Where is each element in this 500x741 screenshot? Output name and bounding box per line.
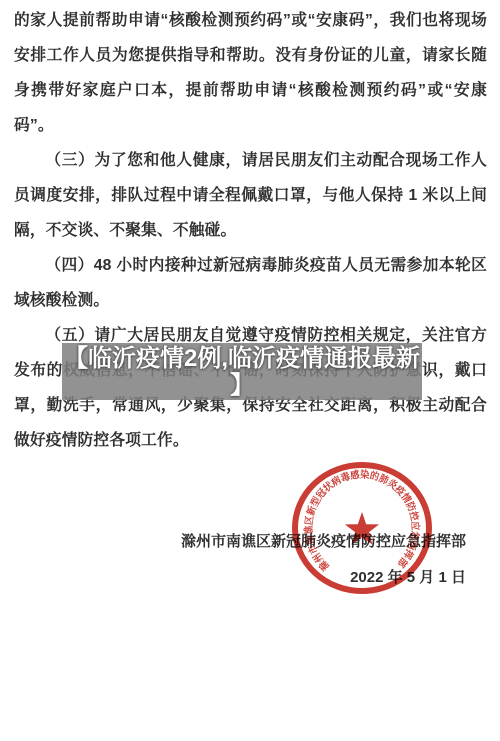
official-seal: 滁州市南谯区新型冠状病毒感染的肺炎疫情防控应急指挥部 — [290, 462, 434, 596]
star-icon — [345, 512, 379, 545]
caption-overlay: 【临沂疫情2例,临沂疫情通报最新 】 — [62, 343, 422, 400]
paragraph-item-3: （三）为了您和他人健康，请居民朋友们主动配合现场工作人员调度安排，排队过程中请全… — [14, 143, 487, 248]
paragraph-continuation: 的家人提前帮助申请“核酸检测预约码”或“安康码”，我们也将现场安排工作人员为您提… — [14, 3, 487, 143]
caption-line-2: 】 — [230, 372, 254, 399]
paragraph-item-4: （四）48 小时内接种过新冠病毒肺炎疫苗人员无需参加本轮区域核酸检测。 — [14, 248, 487, 318]
document-page: 的家人提前帮助申请“核酸检测预约码”或“安康码”，我们也将现场安排工作人员为您提… — [0, 0, 500, 741]
caption-line-1: 【临沂疫情2例,临沂疫情通报最新 — [64, 345, 420, 372]
